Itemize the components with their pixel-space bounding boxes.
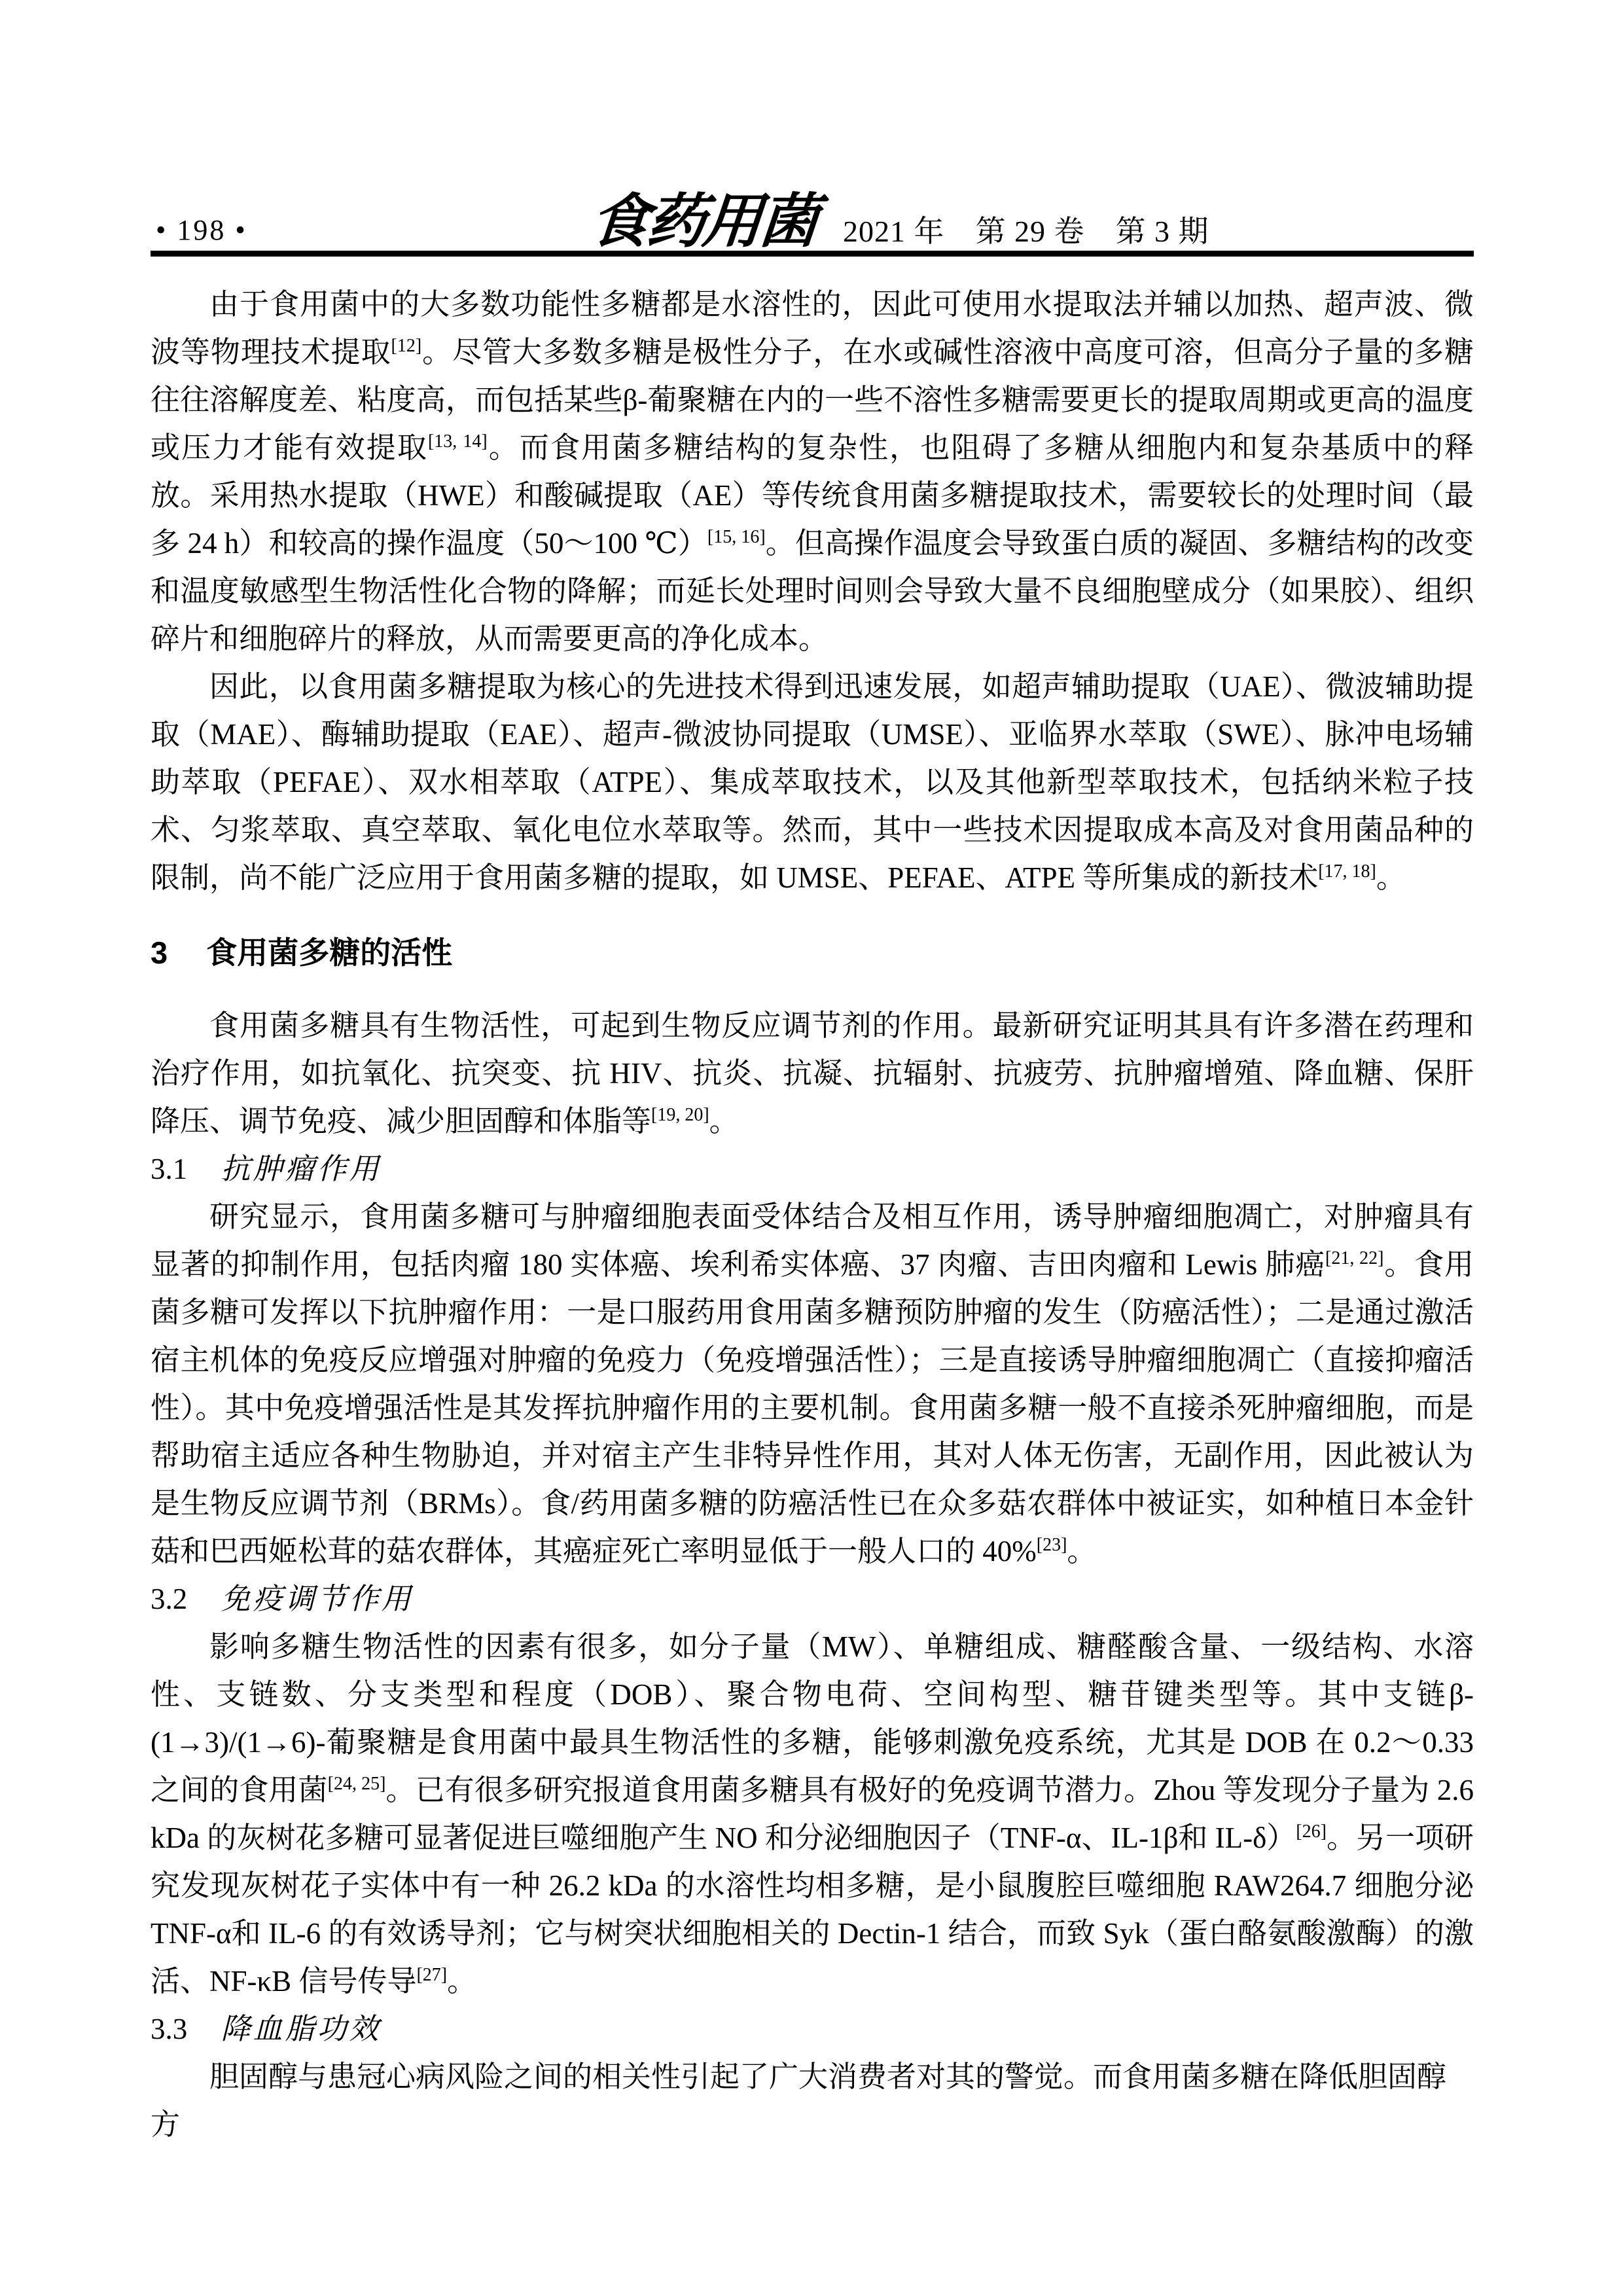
paragraph-bioactivity-overview: 食用菌多糖具有生物活性，可起到生物反应调节剂的作用。最新研究证明其具有许多潜在药…	[151, 1002, 1474, 1145]
subsection-number: 3.2	[151, 1583, 187, 1615]
header-rule	[151, 251, 1474, 257]
paragraph-extraction-water: 由于食用菌中的大多数功能性多糖都是水溶性的，因此可使用水提取法并辅以加热、超声波…	[151, 281, 1474, 663]
subsection-heading-3-2: 3.2 免疫调节作用	[151, 1575, 1474, 1623]
section-number: 3	[151, 935, 168, 970]
page-number: • 198 •	[156, 213, 247, 247]
paragraph-advanced-techniques: 因此，以食用菌多糖提取为核心的先进技术得到迅速发展，如超声辅助提取（UAE）、微…	[151, 663, 1474, 902]
paragraph-antitumor: 研究显示，食用菌多糖可与肿瘤细胞表面受体结合及相互作用，诱导肿瘤细胞凋亡，对肿瘤…	[151, 1193, 1474, 1575]
document-page: • 198 • 食药用菌 2021 年 第 29 卷 第 3 期 由于食用菌中的…	[0, 0, 1623, 2296]
journal-masthead: 食药用菌 2021 年 第 29 卷 第 3 期	[590, 193, 1209, 252]
page-header: • 198 • 食药用菌 2021 年 第 29 卷 第 3 期	[151, 193, 1474, 253]
issue-info: 2021 年 第 29 卷 第 3 期	[843, 207, 1209, 251]
subsection-title: 免疫调节作用	[221, 1583, 414, 1615]
subsection-title: 抗肿瘤作用	[221, 1153, 382, 1185]
subsection-number: 3.3	[151, 2013, 187, 2045]
section-title: 食用菌多糖的活性	[206, 935, 452, 970]
subsection-number: 3.1	[151, 1153, 187, 1185]
paragraph-immunomodulation: 影响多糖生物活性的因素有很多，如分子量（MW）、单糖组成、糖醛酸含量、一级结构、…	[151, 1623, 1474, 2005]
subsection-heading-3-1: 3.1 抗肿瘤作用	[151, 1145, 1474, 1193]
subsection-heading-3-3: 3.3 降血脂功效	[151, 2005, 1474, 2053]
subsection-title: 降血脂功效	[221, 2013, 382, 2045]
journal-logo: 食药用菌	[588, 193, 818, 252]
paragraph-lipid-lowering: 胆固醇与患冠心病风险之间的相关性引起了广大消费者对其的警觉。而食用菌多糖在降低胆…	[151, 2053, 1474, 2149]
article-body: 由于食用菌中的大多数功能性多糖都是水溶性的，因此可使用水提取法并辅以加热、超声波…	[151, 281, 1474, 2149]
section-heading-3: 3 食用菌多糖的活性	[151, 929, 1474, 977]
